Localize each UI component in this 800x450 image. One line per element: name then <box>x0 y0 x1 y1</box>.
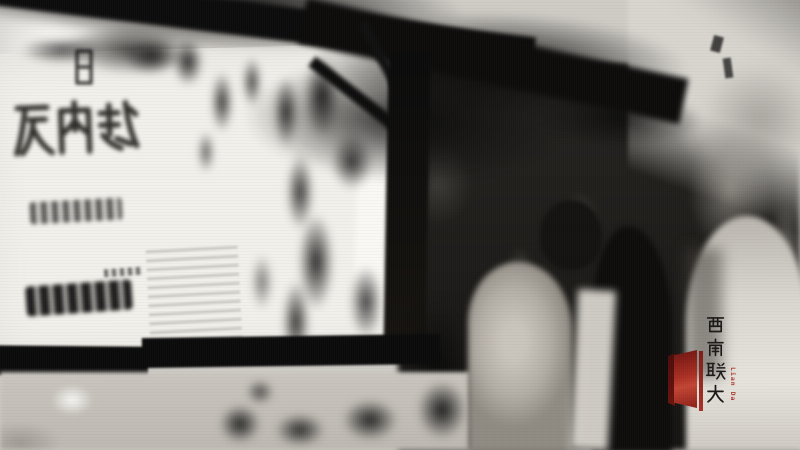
photo-canvas: 反内战 西南联大 <box>0 0 800 450</box>
red-book-icon-spine <box>668 353 675 406</box>
viewer-figure-center-head <box>540 200 602 270</box>
watermark-title: 西南联大 <box>705 314 729 404</box>
ground-shadows <box>198 378 490 450</box>
notice-rail-right <box>142 334 440 368</box>
char-nan-icon <box>705 337 726 358</box>
red-accent-bar <box>699 351 703 411</box>
viewer-figure-center-body <box>468 262 572 450</box>
red-book-icon <box>674 350 697 408</box>
char-xi-icon <box>705 314 726 335</box>
char-da-icon <box>705 383 726 404</box>
soft-corner-shadow <box>700 60 800 180</box>
watermark-romanization: Lian Da <box>729 367 737 401</box>
char-lian-icon <box>705 360 726 381</box>
